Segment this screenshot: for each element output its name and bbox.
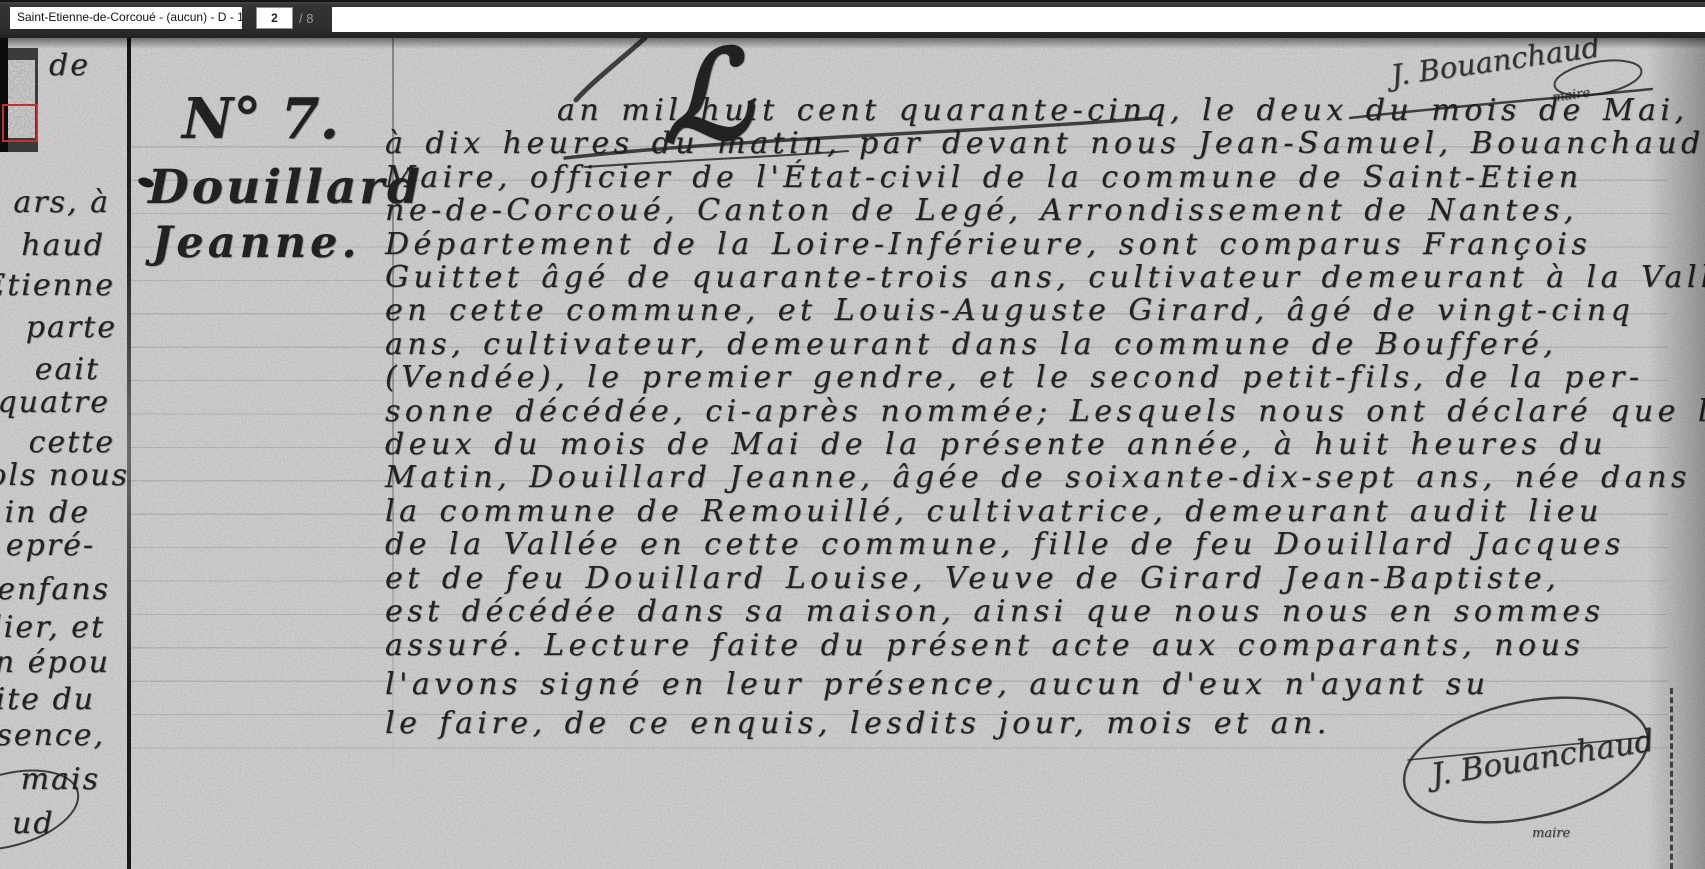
handwriting-fragment: ite du xyxy=(0,682,95,717)
act-line: l'avons signé en leur présence, aucun d'… xyxy=(385,668,1675,701)
act-line: ne-de-Corcoué, Canton de Legé, Arrondiss… xyxy=(385,194,1675,227)
act-line: Département de la Loire-Inférieure, sont… xyxy=(385,228,1675,261)
act-line: en cette commune, et Louis-Auguste Girar… xyxy=(385,294,1675,327)
act-line: ans, cultivateur, demeurant dans la comm… xyxy=(385,328,1675,361)
handwriting-fragment: in de xyxy=(5,495,90,530)
page-number-input[interactable] xyxy=(256,7,293,29)
act-line: deux du mois de Mai de la présente année… xyxy=(385,428,1675,461)
act-line: sonne décédée, ci-après nommée; Lesquels… xyxy=(385,395,1675,428)
act-margin-surname: Douillard xyxy=(148,160,423,215)
act-line: le faire, de ce enquis, lesdits jour, mo… xyxy=(385,707,1675,740)
handwriting-fragment: haud xyxy=(21,228,105,263)
scan-top-shadow xyxy=(0,38,1705,49)
handwriting-fragment: cette xyxy=(29,425,115,460)
act-line: la commune de Remouillé, cultivatrice, d… xyxy=(385,495,1675,528)
handwriting-fragment: lier, et xyxy=(0,610,105,645)
act-line: an mil huit cent quarante-cinq, le deux … xyxy=(385,94,1675,127)
act-line: de la Vallée en cette commune, fille de … xyxy=(385,528,1675,561)
act-line: Maire, officier de l'État-civil de la co… xyxy=(385,161,1675,194)
viewer-window: Saint-Etienne-de-Corcoué - (aucun) - D -… xyxy=(0,0,1705,869)
handwriting-fragment: mais xyxy=(21,762,100,797)
act-text: an mil huit cent quarante-cinq, le deux … xyxy=(385,94,1675,741)
handwriting-fragment: de xyxy=(49,48,90,83)
page-edge-stitch-line xyxy=(1670,688,1673,869)
toolbar-spacer xyxy=(332,7,1705,32)
act-line: assuré. Lecture faite du présent acte au… xyxy=(385,629,1675,662)
act-line: est décédée dans sa maison, ainsi que no… xyxy=(385,595,1675,628)
handwriting-fragment: enfans xyxy=(0,572,110,607)
left-page-fragments: de ars, à haud Etienne parte eait quatre… xyxy=(0,38,135,869)
act-line: Guittet âgé de quarante-trois ans, culti… xyxy=(385,261,1675,294)
scan-canvas[interactable]: de ars, à haud Etienne parte eait quatre… xyxy=(0,38,1705,869)
handwriting-fragment: ésence, xyxy=(0,718,105,753)
handwriting-fragment: ud xyxy=(12,806,55,841)
handwriting-fragment: eait xyxy=(35,352,100,387)
mayor-signature-bottom-role: maire xyxy=(1532,826,1570,841)
document-title-field[interactable]: Saint-Etienne-de-Corcoué - (aucun) - D -… xyxy=(10,7,242,29)
handwriting-fragment: ols nous xyxy=(0,458,129,493)
act-number: N° 7. xyxy=(182,86,339,152)
handwriting-fragment: quatre xyxy=(0,385,110,420)
handwriting-fragment: on épou xyxy=(0,645,110,680)
act-line: (Vendée), le premier gendre, et le secon… xyxy=(385,361,1675,394)
handwriting-fragment: Etienne xyxy=(0,268,115,303)
act-margin-firstname: Jeanne. xyxy=(152,218,360,268)
act-line: et de feu Douillard Louise, Veuve de Gir… xyxy=(385,562,1675,595)
page-total-label: / 8 xyxy=(299,11,313,26)
handwriting-fragment: ars, à xyxy=(13,185,110,220)
mayor-signature-top: J. Bouanchaud xyxy=(1389,38,1602,92)
act-line: à dix heures du matin, par devant nous J… xyxy=(385,127,1675,160)
handwriting-fragment: parte xyxy=(26,310,117,345)
act-line: Matin, Douillard Jeanne, âgée de soixant… xyxy=(385,461,1675,494)
thumbnail-viewport-rectangle[interactable] xyxy=(2,104,38,142)
handwriting-fragment: epré- xyxy=(6,528,95,563)
viewer-toolbar: Saint-Etienne-de-Corcoué - (aucun) - D -… xyxy=(0,0,1705,38)
